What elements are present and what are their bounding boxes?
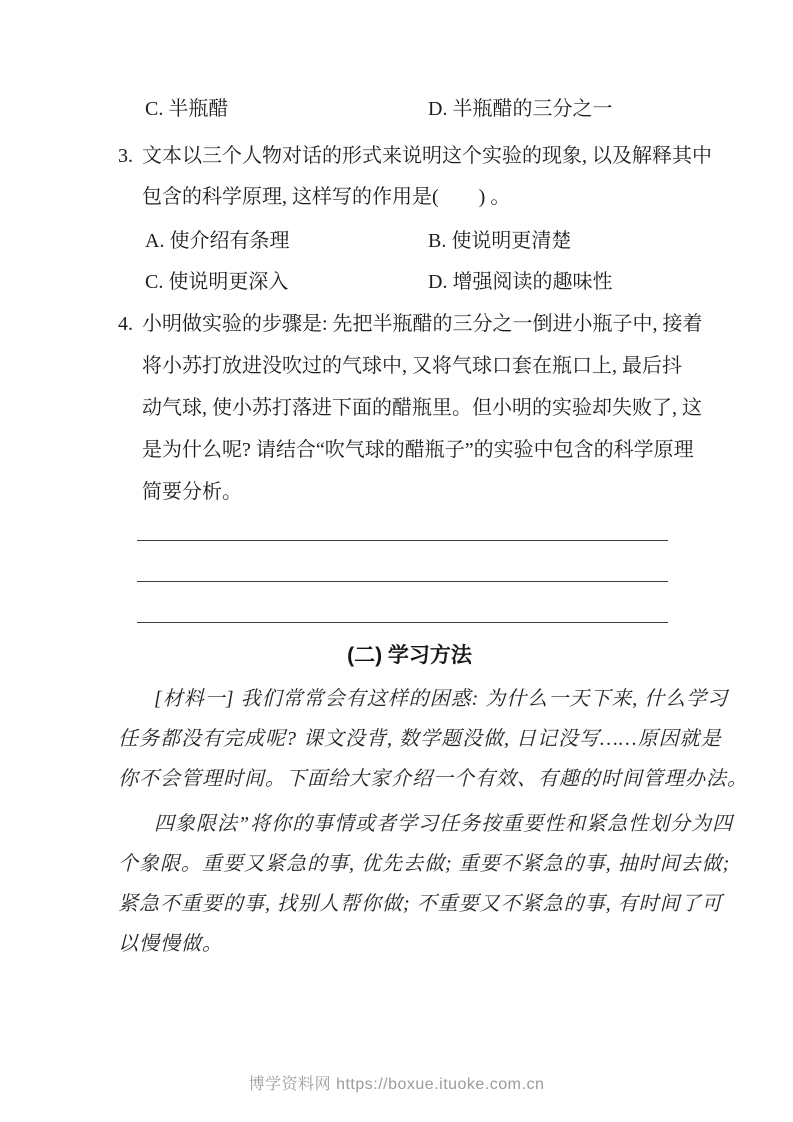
- answer-blanks: [137, 513, 668, 623]
- answer-line: [137, 541, 668, 582]
- material-line: 以慢慢做。: [118, 924, 684, 964]
- option-c: C. 使说明更深入: [145, 262, 428, 303]
- question-3-options-row-2: C. 使说明更深入 D. 增强阅读的趣味性: [145, 262, 793, 303]
- material-line: 四象限法”将你的事情或者学习任务按重要性和紧急性划分为四: [118, 804, 684, 844]
- question-4-text: 小明做实验的步骤是: 先把半瓶醋的三分之一倒进小瓶子中, 接着: [142, 313, 703, 335]
- option-d: D. 半瓶醋的三分之一: [428, 89, 793, 130]
- material-line: 个象限。重要又紧急的事, 优先去做; 重要不紧急的事, 抽时间去做;: [118, 844, 684, 884]
- question-4-line-1: 4.小明做实验的步骤是: 先把半瓶醋的三分之一倒进小瓶子中, 接着: [142, 303, 682, 345]
- question-4: 4.小明做实验的步骤是: 先把半瓶醋的三分之一倒进小瓶子中, 接着 将小苏打放进…: [142, 303, 682, 513]
- material-line: 紧急不重要的事, 找别人帮你做; 不重要又不紧急的事, 有时间了可: [118, 884, 684, 924]
- question-4-line-5: 简要分析。: [142, 471, 682, 513]
- material-line: 你不会管理时间。下面给大家介绍一个有效、有趣的时间管理办法。: [118, 759, 684, 799]
- section-2-heading: (二) 学习方法: [0, 639, 793, 673]
- question-3-line-1: 3.文本以三个人物对话的形式来说明这个实验的现象, 以及解释其中: [142, 136, 682, 177]
- material-1-paragraph-2: 四象限法”将你的事情或者学习任务按重要性和紧急性划分为四 个象限。重要又紧急的事…: [118, 804, 684, 964]
- question-4-line-4: 是为什么呢? 请结合“吹气球的醋瓶子”的实验中包含的科学原理: [142, 429, 682, 471]
- question-3-number: 3.: [118, 136, 133, 177]
- question-3-options-row-1: A. 使介绍有条理 B. 使说明更清楚: [145, 221, 793, 262]
- option-d: D. 增强阅读的趣味性: [428, 262, 793, 303]
- answer-line: [137, 513, 668, 541]
- material-1-paragraph-1: [材料一] 我们常常会有这样的困惑: 为什么一天下来, 什么学习 任务都没有完成…: [118, 679, 684, 799]
- material-section: [材料一] 我们常常会有这样的困惑: 为什么一天下来, 什么学习 任务都没有完成…: [118, 679, 684, 964]
- site-watermark: 博学资料网 https://boxue.ituoke.com.cn: [0, 1071, 793, 1094]
- question-4-number: 4.: [118, 303, 133, 345]
- question-2-options-row: C. 半瓶醋 D. 半瓶醋的三分之一: [145, 89, 793, 130]
- material-line: 任务都没有完成呢? 课文没背, 数学题没做, 日记没写……原因就是: [118, 719, 684, 759]
- question-3-text: 文本以三个人物对话的形式来说明这个实验的现象, 以及解释其中: [142, 145, 712, 167]
- material-line: [材料一] 我们常常会有这样的困惑: 为什么一天下来, 什么学习: [118, 679, 684, 719]
- question-4-line-2: 将小苏打放进没吹过的气球中, 又将气球口套在瓶口上, 最后抖: [142, 345, 682, 387]
- question-3-line-2: 包含的科学原理, 这样写的作用是( ) 。: [142, 177, 682, 218]
- option-a: A. 使介绍有条理: [145, 221, 428, 262]
- question-3: 3.文本以三个人物对话的形式来说明这个实验的现象, 以及解释其中 包含的科学原理…: [142, 136, 682, 218]
- question-section: C. 半瓶醋 D. 半瓶醋的三分之一 3.文本以三个人物对话的形式来说明这个实验…: [0, 0, 793, 623]
- option-c: C. 半瓶醋: [145, 89, 428, 130]
- option-b: B. 使说明更清楚: [428, 221, 793, 262]
- question-4-line-3: 动气球, 使小苏打落进下面的醋瓶里。但小明的实验却失败了, 这: [142, 387, 682, 429]
- answer-line: [137, 582, 668, 623]
- worksheet-page: C. 半瓶醋 D. 半瓶醋的三分之一 3.文本以三个人物对话的形式来说明这个实验…: [0, 0, 793, 1122]
